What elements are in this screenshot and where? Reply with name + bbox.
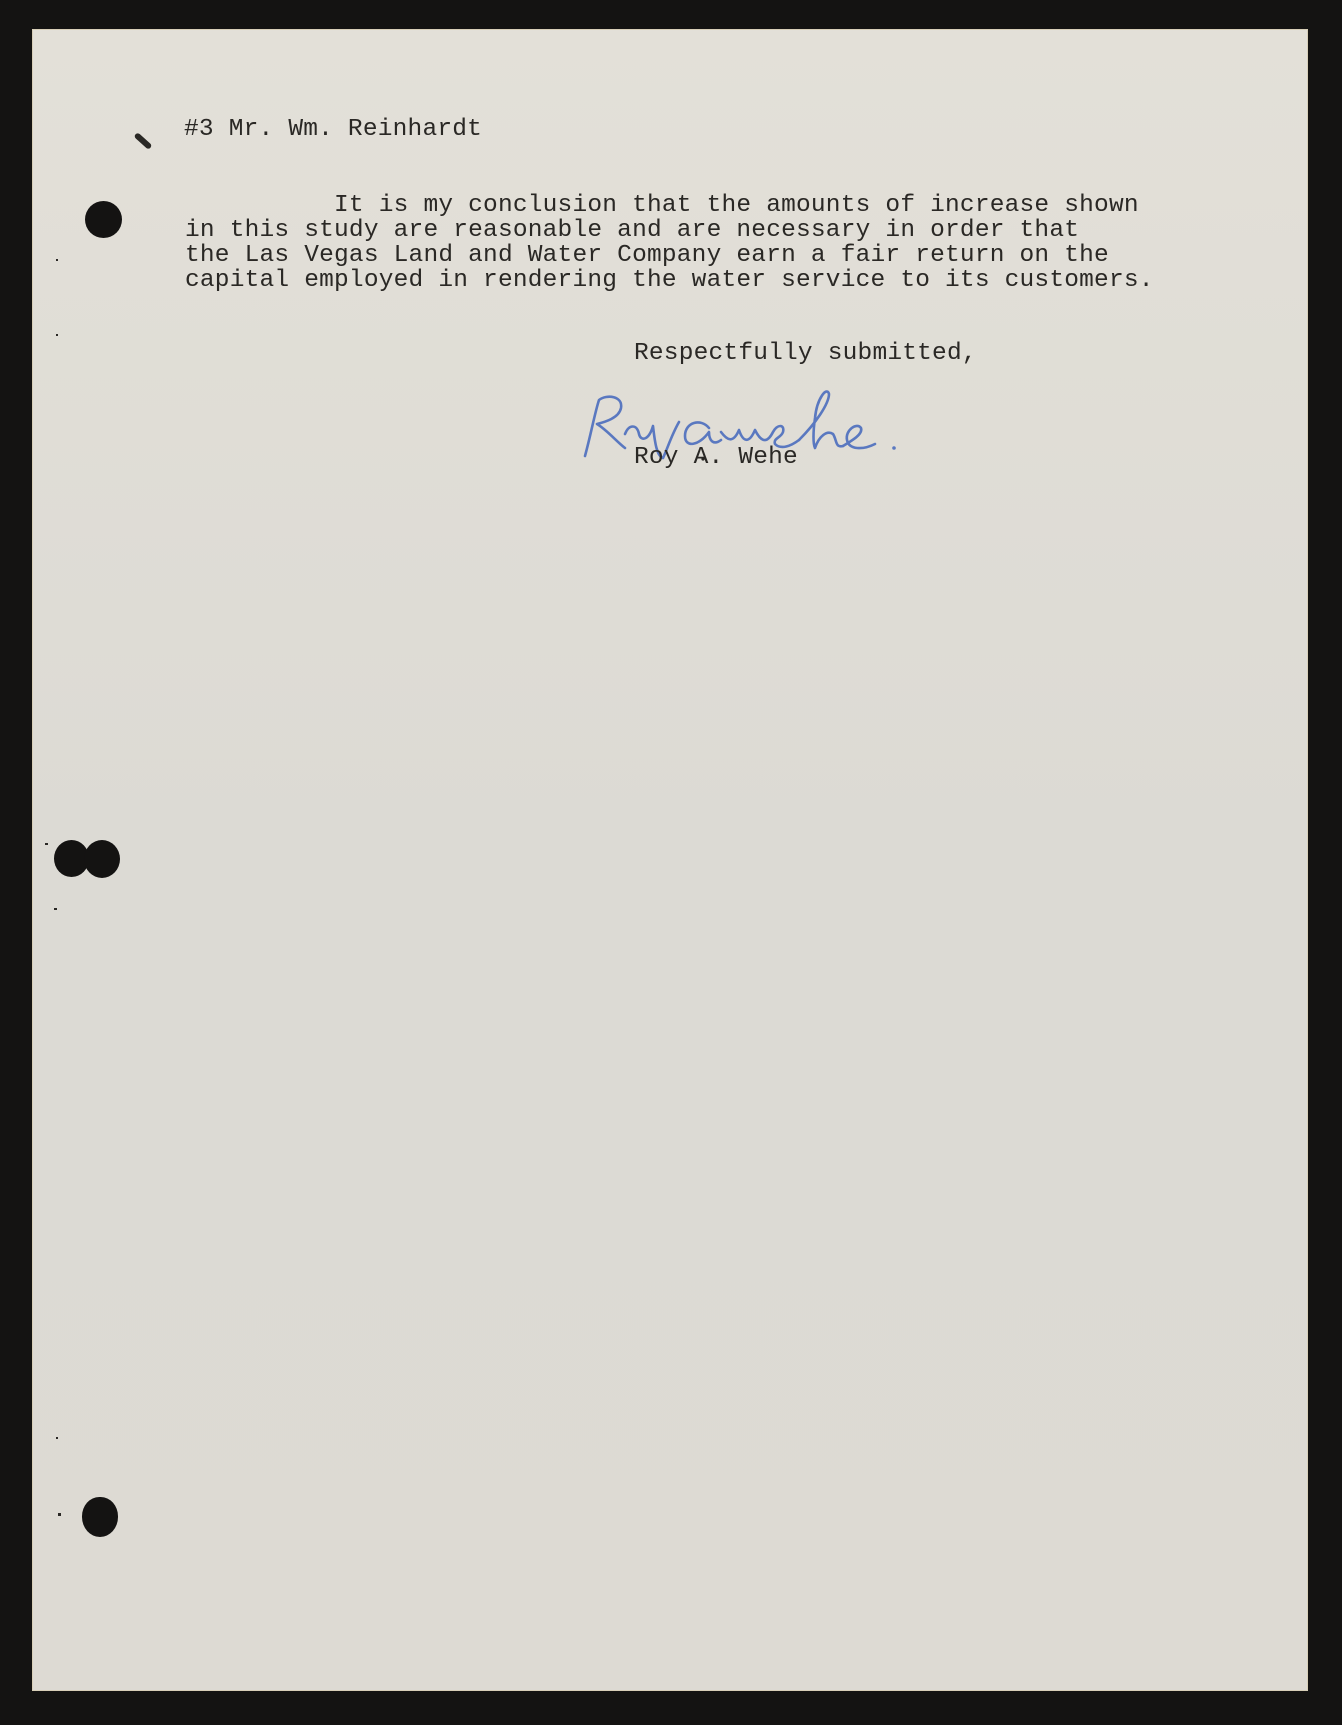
body-line: the Las Vegas Land and Water Company ear… [185, 243, 1109, 268]
punch-hole-top [85, 201, 122, 238]
margin-speck [56, 259, 58, 261]
punch-hole-bottom [82, 1497, 118, 1537]
page-header-line: #3 Mr. Wm. Reinhardt [184, 117, 482, 142]
ink-mark [134, 132, 153, 150]
signer-name: Roy A. Wehe [634, 445, 798, 470]
document-page: #3 Mr. Wm. Reinhardt It is my conclusion… [32, 29, 1308, 1691]
margin-speck [45, 843, 48, 845]
body-line: in this study are reasonable and are nec… [185, 218, 1079, 243]
margin-speck [56, 1437, 58, 1439]
margin-speck [56, 334, 58, 336]
closing-line: Respectfully submitted, [634, 341, 977, 366]
body-line: capital employed in rendering the water … [185, 268, 1154, 293]
punch-hole-middle-right [84, 840, 120, 878]
body-line: It is my conclusion that the amounts of … [185, 193, 1139, 218]
margin-speck [58, 1513, 61, 1516]
margin-speck [54, 908, 57, 910]
